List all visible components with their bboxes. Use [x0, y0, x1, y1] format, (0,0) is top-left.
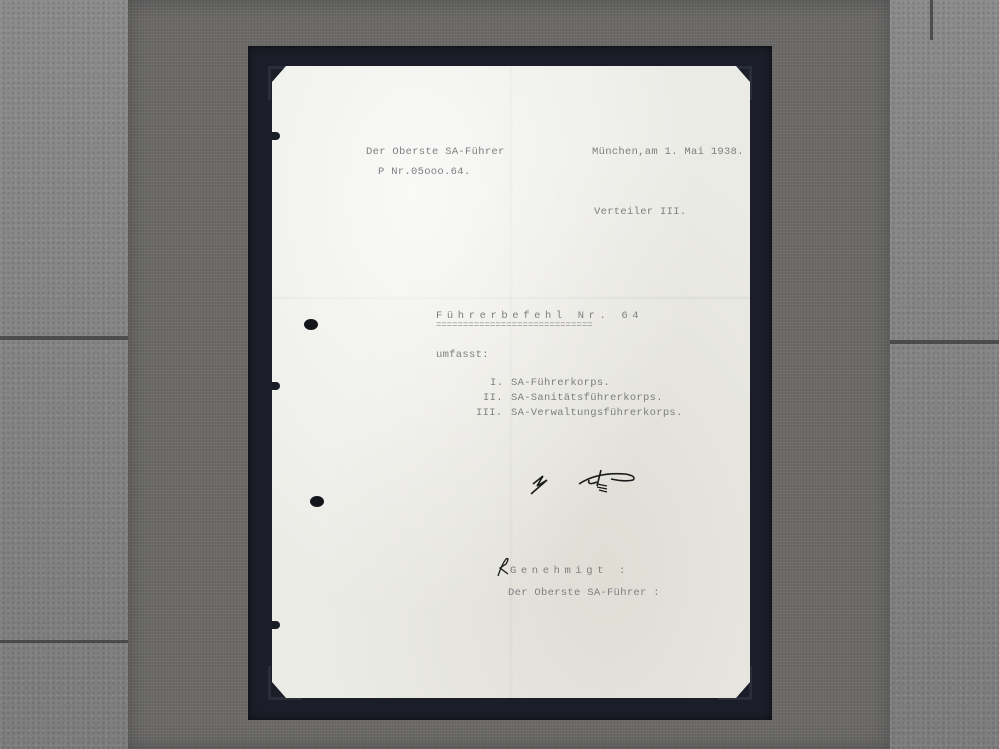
paper-notch [272, 132, 280, 140]
reference-number: P Nr.05ooo.64. [378, 166, 470, 178]
approval-label: Genehmigt : [510, 565, 630, 577]
pavement-joint [930, 0, 933, 40]
pavement-joint [888, 340, 999, 344]
punch-hole [304, 319, 318, 330]
item-text: SA-Sanitätsführerkorps. [511, 392, 663, 404]
punch-hole [310, 496, 324, 507]
pavement-joint [0, 640, 130, 643]
title-underline: ============================= [436, 320, 593, 330]
document-paper: Der Oberste SA-Führer P Nr.05ooo.64. Mün… [272, 66, 750, 698]
item-text: SA-Verwaltungsführerkorps. [511, 407, 683, 419]
place-date: München,am 1. Mai 1938. [592, 146, 744, 158]
paper-notch [272, 621, 280, 629]
intro-text: umfasst: [436, 349, 489, 361]
distribution: Verteiler III. [594, 206, 686, 218]
paper-notch [272, 382, 280, 390]
item-numeral: I. [490, 377, 503, 389]
sender-line: Der Oberste SA-Führer [366, 146, 505, 158]
handwritten-signature [527, 464, 647, 504]
item-text: SA-Führerkorps. [511, 377, 610, 389]
pavement-joint [0, 336, 130, 340]
item-numeral: II. [483, 392, 503, 404]
item-numeral: III. [476, 407, 502, 419]
approval-signatory: Der Oberste SA-Führer : [508, 587, 660, 599]
